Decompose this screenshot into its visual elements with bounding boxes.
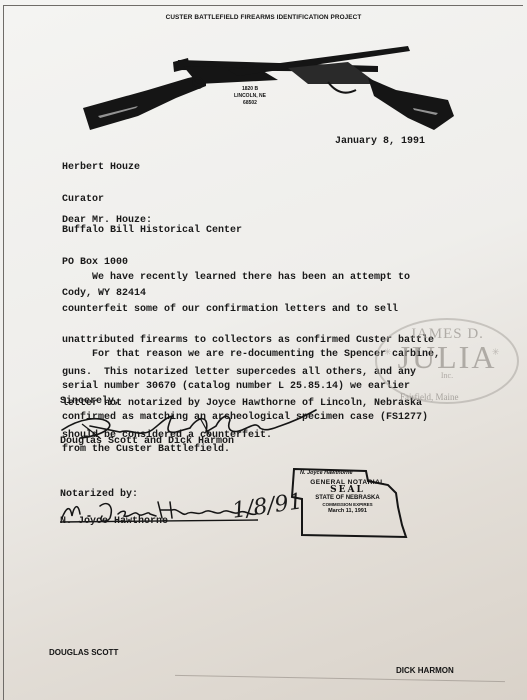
notary-seal-text: N. Joyce Hawthorne GENERAL NOTARIAL SEAL… <box>300 470 395 514</box>
star-icon: ✳ <box>492 344 499 359</box>
footer-name-left: DOUGLAS SCOTT <box>49 648 118 657</box>
signers-name: Douglas Scott and Dick Harmon <box>60 437 234 448</box>
star-icon: ✳ <box>384 344 391 359</box>
watermark-location: Fairfield, Maine <box>400 392 458 402</box>
letterhead-address: 1820 B LINCOLN, NE 68502 <box>200 86 300 107</box>
closing: Sincerely, <box>60 397 120 408</box>
letterhead-title: CUSTER BATTLEFIELD FIREARMS IDENTIFICATI… <box>0 14 527 21</box>
notary-name: N. Joyce Hawthorne <box>60 517 168 528</box>
letter-date: January 8, 1991 <box>335 137 425 148</box>
footer-name-right: DICK HARMON <box>396 666 454 675</box>
salutation: Dear Mr. Houze: <box>62 216 152 227</box>
